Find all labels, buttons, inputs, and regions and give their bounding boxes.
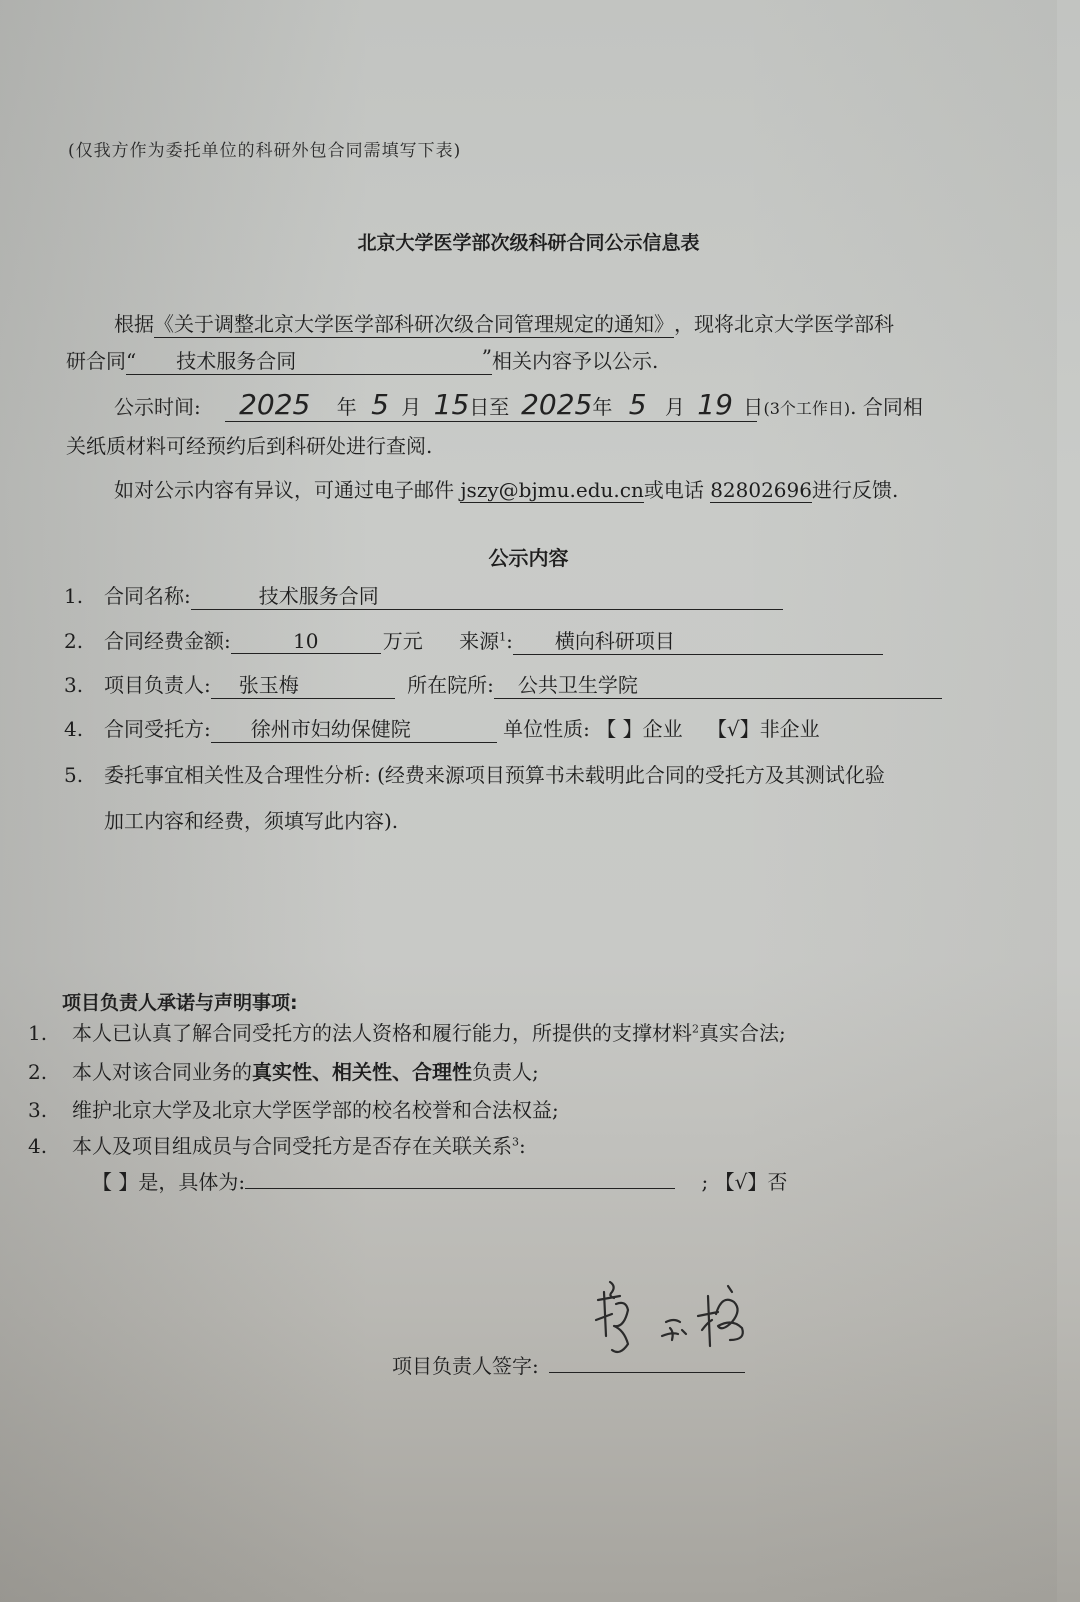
signature-field[interactable] xyxy=(549,1356,745,1373)
contract-name-value: 技术服务合同 xyxy=(191,580,783,610)
relation-yes-checkbox[interactable]: 【 】 xyxy=(92,1170,138,1194)
period-start-field: 2025 年 5 月 15日至 xyxy=(225,388,517,422)
signature-label: 项目负责人签字: xyxy=(392,1354,539,1378)
item-amount: 2.合同经费金额:10万元 来源1:横向科研项目 xyxy=(64,625,883,655)
item-analysis-line-2: 加工内容和经费，须填写此内容). xyxy=(104,805,398,834)
feedback-phone: 82802696 xyxy=(710,478,812,503)
amount-value: 10 xyxy=(231,629,381,654)
department-value: 公共卫生学院 xyxy=(494,669,942,699)
source-value: 横向科研项目 xyxy=(513,625,883,655)
enterprise-checkbox[interactable]: 【 】 xyxy=(596,717,642,741)
trustee-value: 徐州市妇幼保健院 xyxy=(211,713,497,743)
leader-value: 张玉梅 xyxy=(211,669,395,699)
notice-link: 《关于调整北京大学医学部科研次级合同管理规定的通知》 xyxy=(154,308,674,338)
intro-line-2: 研合同“技术服务合同”相关内容予以公示. xyxy=(66,345,658,375)
document-title: 北京大学医学部次级科研合同公示信息表 xyxy=(0,228,1057,255)
item-analysis-line-1: 5.委托事宜相关性及合理性分析: (经费来源项目预算书未载明此合同的受托方及其测… xyxy=(64,759,885,788)
period-line-2: 关纸质材料可经预约后到科研处进行查阅. xyxy=(66,430,432,459)
period-line-1: 公示时间: 2025 年 5 月 15日至 2025年 5 月 19 日 (3个… xyxy=(114,388,923,422)
relation-detail-field[interactable] xyxy=(245,1168,675,1189)
declaration-item-4: 4.本人及项目组成员与合同受托方是否存在关联关系3: xyxy=(28,1130,526,1159)
applicability-note: (仅我方作为委托单位的科研外包合同需填写下表) xyxy=(68,136,461,161)
intro-line-1: 根据《关于调整北京大学医学部科研次级合同管理规定的通知》，现将北京大学医学部科 xyxy=(114,308,894,338)
item-contract-name: 1.合同名称:技术服务合同 xyxy=(64,580,783,610)
section-title: 公示内容 xyxy=(0,542,1057,571)
item-leader: 3.项目负责人:张玉梅 所在院所:公共卫生学院 xyxy=(64,669,942,699)
declaration-item-3: 3.维护北京大学及北京大学医学部的校名校誉和合法权益; xyxy=(28,1094,559,1123)
item-trustee: 4.合同受托方:徐州市妇幼保健院 单位性质: 【 】企业 【√】非企业 xyxy=(64,713,820,743)
period-end-field: 2025年 5 月 19 日 xyxy=(517,388,757,422)
declaration-item-1: 1.本人已认真了解合同受托方的法人资格和履行能力，所提供的支撑材料2真实合法; xyxy=(28,1017,786,1046)
declaration-item-2: 2.本人对该合同业务的真实性、相关性、合理性负责人; xyxy=(28,1056,539,1085)
relation-line: 【 】是，具体为: ; 【√】否 xyxy=(92,1166,787,1195)
feedback-email[interactable]: jszy@bjmu.edu.cn xyxy=(460,478,643,503)
feedback-line: 如对公示内容有异议，可通过电子邮件 jszy@bjmu.edu.cn或电话 82… xyxy=(114,474,898,503)
relation-no-checkbox[interactable]: 【√】 xyxy=(715,1170,768,1194)
non-enterprise-checkbox[interactable]: 【√】 xyxy=(707,717,760,741)
signature-line: 项目负责人签字: xyxy=(392,1350,745,1379)
contract-type-field: “技术服务合同” xyxy=(126,345,492,375)
declaration-title: 项目负责人承诺与声明事项: xyxy=(62,988,298,1015)
